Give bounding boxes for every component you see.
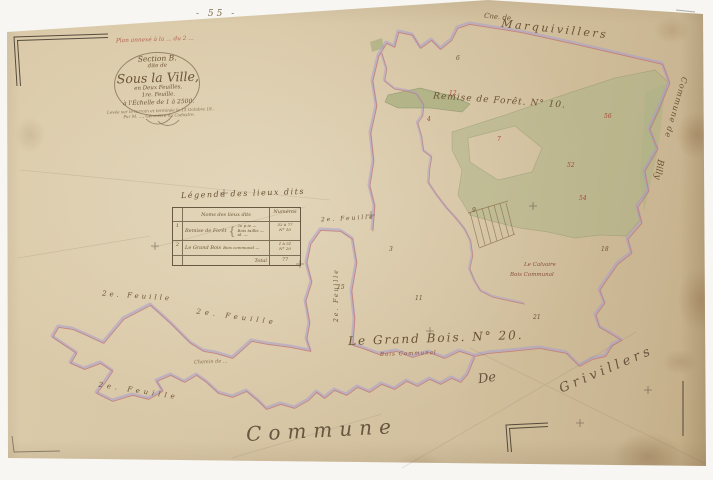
label-lieu-dit-line2: Bois Communal [510,273,554,279]
legend-total-value: 77 [270,256,300,265]
scanned-cadastral-map: - 55 - Plan annexé à la ... du 2 ... Sec… [0,0,713,480]
legend-total-label: Total [183,256,270,265]
wood-areas [370,38,668,238]
legend-header-num: Numéros [270,208,300,221]
sheet-ref-3: 2e. Feuille [334,268,340,322]
label-lieu-dit-line1: Le Calvaire [524,263,556,269]
title-cartouche: Section B. dite de Sous la Ville, en Deu… [105,46,211,120]
parcel-number: 12 [449,91,457,97]
legend-row1-num-cell: 52 à 77 N° 10 [270,222,300,240]
page-number: - 55 - [196,10,237,19]
parcel-number: 15 [337,285,345,291]
parcel-number: 21 [533,315,541,321]
legend-row2-no: 2 [173,241,183,255]
legend-row1-details: 2e p.ie — Bois taillis — id. — [238,224,264,238]
legend-row2-details: Bois communal — [223,246,259,251]
parcel-number: 52 [567,163,575,169]
label-de-bottom: De [477,371,497,386]
parcel-number: 4 [427,117,431,123]
legend-row1-no: 1 [173,222,183,240]
parcel-number: 56 [604,114,612,120]
parcel-number: 3 [389,247,393,253]
parcel-number: 54 [579,196,587,202]
legend-row1-name-cell: Remise de Forêt { 2e p.ie — Bois taillis… [183,222,270,240]
legend-header-name: Noms des lieux dits [183,208,270,221]
parcel-number: 9 [472,208,476,214]
legend-total-spacer [173,256,183,265]
legend-row2-num-cell: 1 à 51 N° 20 [270,241,300,255]
legend-row2-name-cell: Le Grand Bois Bois communal — [183,241,270,255]
parcel-number: 6 [456,56,460,62]
legend-row2-name: Le Grand Bois [185,245,221,251]
parcel-number: 18 [601,247,609,253]
parcel-number: 11 [415,296,423,302]
legend-row1-brace: { [229,225,236,238]
legend-row1-name: Remise de Forêt [185,228,227,234]
legend-table: Noms des lieux dits Numéros 1 Remise de … [172,207,301,266]
legend-header-no [173,208,183,221]
parcel-number: 7 [497,137,501,143]
